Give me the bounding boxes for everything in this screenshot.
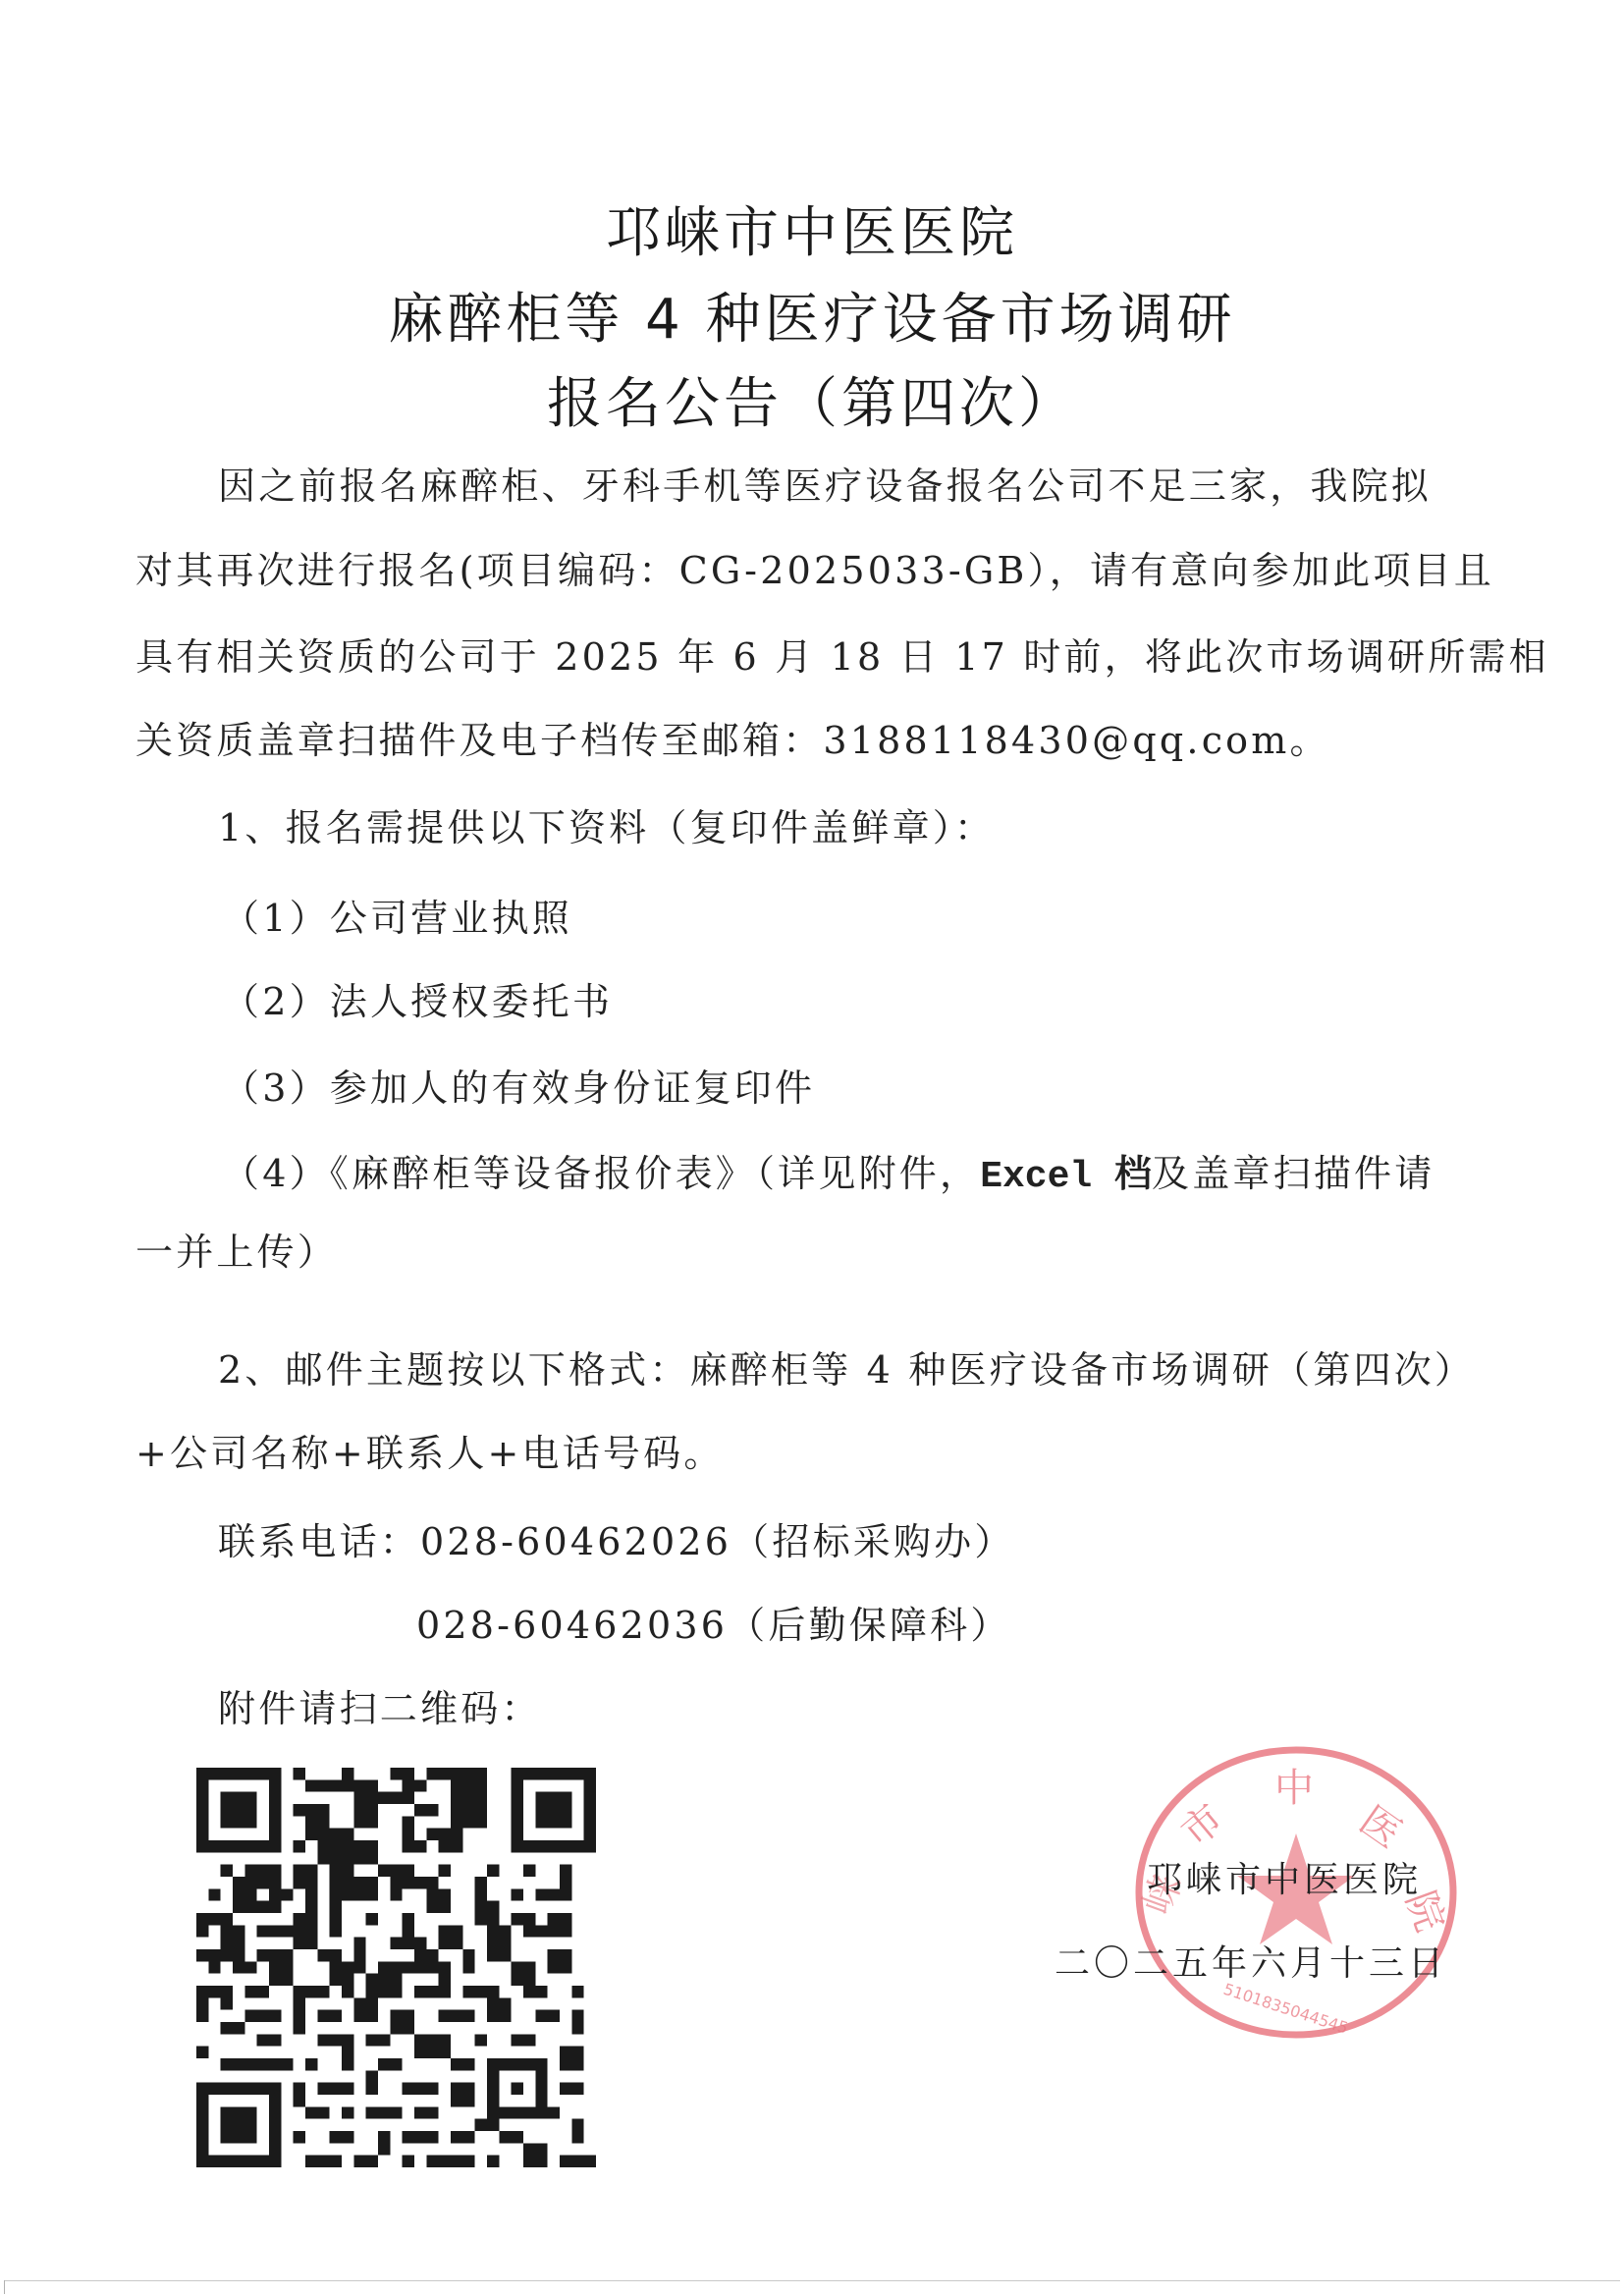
qr-code-icon[interactable] [196, 1768, 596, 2167]
page-bottom-edge [4, 2280, 1620, 2281]
required-doc-item-4: （4）《麻醉柜等设备报价表》（详见附件，Excel 档及盖章扫描件请 [222, 1150, 1577, 1201]
title-org: 邛崃市中医医院 [0, 202, 1624, 265]
required-doc-item-2: （2）法人授权委托书 [222, 978, 1577, 1025]
attachment-label: 附件请扫二维码： [218, 1685, 1573, 1732]
contact-phone-2: 028-60462036（后勤保障科） [416, 1602, 1624, 1649]
item4-prefix: （4）《麻醉柜等设备报价表》（详见附件， [222, 1152, 980, 1195]
required-doc-item-4-cont: 一并上传） [135, 1229, 1490, 1276]
svg-text:医: 医 [1351, 1798, 1409, 1858]
item4-excel: Excel 档 [980, 1156, 1152, 1198]
intro-line-2: 对其再次进行报名(项目编码：CG-2025033-GB），请有意向参加此项目且 [135, 547, 1490, 594]
document-page: 邛崃市中医医院 麻醉柜等 4 种医疗设备市场调研 报名公告（第四次） 因之前报名… [0, 0, 1624, 2296]
title-subject: 麻醉柜等 4 种医疗设备市场调研 [0, 289, 1624, 352]
required-doc-item-1: （1）公司营业执照 [222, 895, 1577, 942]
item4-suffix: 及盖章扫描件请 [1152, 1152, 1435, 1195]
section2-line-2: +公司名称+联系人+电话号码。 [135, 1430, 1490, 1477]
signature-date: 二〇二五年六月十三日 [1055, 1942, 1447, 1986]
required-doc-item-3: （3）参加人的有效身份证复印件 [222, 1065, 1577, 1112]
title-notice-type: 报名公告（第四次） [0, 373, 1624, 436]
contact-phone-1: 联系电话：028-60462026（招标采购办） [218, 1518, 1573, 1565]
intro-line-1: 因之前报名麻醉柜、牙科手机等医疗设备报名公司不足三家，我院拟 [218, 463, 1573, 510]
intro-line-4: 关资质盖章扫描件及电子档传至邮箱：3188118430@qq.com。 [135, 717, 1490, 764]
section2-line-1: 2、邮件主题按以下格式：麻醉柜等 4 种医疗设备市场调研（第四次） [218, 1346, 1573, 1394]
svg-text:市: 市 [1173, 1796, 1232, 1856]
section1-heading: 1、报名需提供以下资料（复印件盖鲜章）： [218, 804, 1573, 851]
signature-org: 邛崃市中医医院 [1147, 1859, 1422, 1902]
page-corner-mark [4, 2280, 5, 2294]
svg-text:中: 中 [1274, 1766, 1314, 1811]
intro-line-3: 具有相关资质的公司于 2025 年 6 月 18 日 17 时前，将此次市场调研… [135, 633, 1490, 681]
